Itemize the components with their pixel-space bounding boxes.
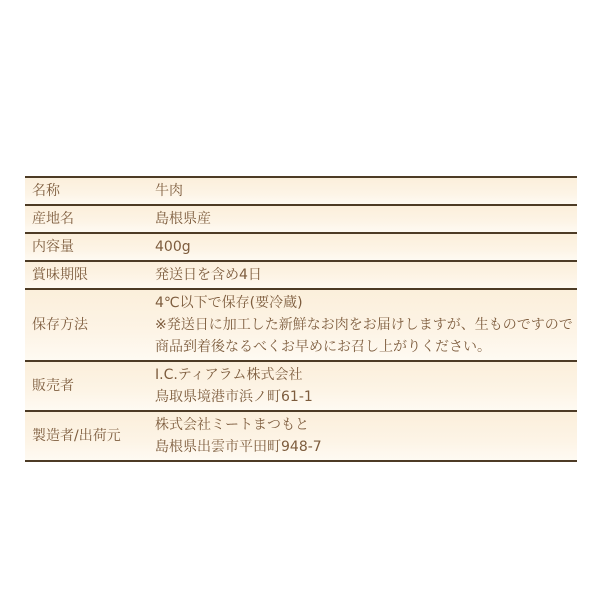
table-row-best-before: 賞味期限 発送日を含め4日 xyxy=(25,260,577,288)
value-line: 牛肉 xyxy=(155,180,573,202)
table-row-name: 名称 牛肉 xyxy=(25,176,577,204)
row-value: 400g xyxy=(155,234,577,260)
row-label: 販売者 xyxy=(25,362,155,410)
value-line: 島根県産 xyxy=(155,208,573,230)
row-label: 製造者/出荷元 xyxy=(25,412,155,460)
row-value: 牛肉 xyxy=(155,178,577,204)
page: 名称 牛肉 産地名 島根県産 内容量 400g 賞味期限 発送日を含め4日 保存… xyxy=(0,0,600,600)
row-label: 産地名 xyxy=(25,206,155,232)
row-value: 島根県産 xyxy=(155,206,577,232)
value-line: 400g xyxy=(155,236,573,258)
value-line: I.C.ティアラム株式会社 xyxy=(155,364,573,386)
table-row-seller: 販売者 I.C.ティアラム株式会社 鳥取県境港市浜ノ町61-1 xyxy=(25,360,577,410)
value-line: ※発送日に加工した新鮮なお肉をお届けしますが、生ものですので xyxy=(155,314,573,336)
table-row-storage: 保存方法 4℃以下で保存(要冷蔵) ※発送日に加工した新鮮なお肉をお届けしますが… xyxy=(25,288,577,360)
table-row-manufacturer: 製造者/出荷元 株式会社ミートまつもと 島根県出雲市平田町948-7 xyxy=(25,410,577,460)
value-line: 鳥取県境港市浜ノ町61-1 xyxy=(155,386,573,408)
row-value: 4℃以下で保存(要冷蔵) ※発送日に加工した新鮮なお肉をお届けしますが、生もので… xyxy=(155,290,577,360)
row-value: 発送日を含め4日 xyxy=(155,262,577,288)
value-line: 商品到着後なるべくお早めにお召し上がりください。 xyxy=(155,336,573,358)
value-line: 島根県出雲市平田町948-7 xyxy=(155,436,573,458)
row-label: 賞味期限 xyxy=(25,262,155,288)
value-line: 株式会社ミートまつもと xyxy=(155,414,573,436)
value-line: 4℃以下で保存(要冷蔵) xyxy=(155,292,573,314)
row-value: I.C.ティアラム株式会社 鳥取県境港市浜ノ町61-1 xyxy=(155,362,577,410)
row-label: 内容量 xyxy=(25,234,155,260)
product-spec-table: 名称 牛肉 産地名 島根県産 内容量 400g 賞味期限 発送日を含め4日 保存… xyxy=(25,176,577,462)
row-label: 保存方法 xyxy=(25,290,155,360)
value-line: 発送日を含め4日 xyxy=(155,264,573,286)
row-label: 名称 xyxy=(25,178,155,204)
table-row-contents: 内容量 400g xyxy=(25,232,577,260)
table-row-origin: 産地名 島根県産 xyxy=(25,204,577,232)
row-value: 株式会社ミートまつもと 島根県出雲市平田町948-7 xyxy=(155,412,577,460)
